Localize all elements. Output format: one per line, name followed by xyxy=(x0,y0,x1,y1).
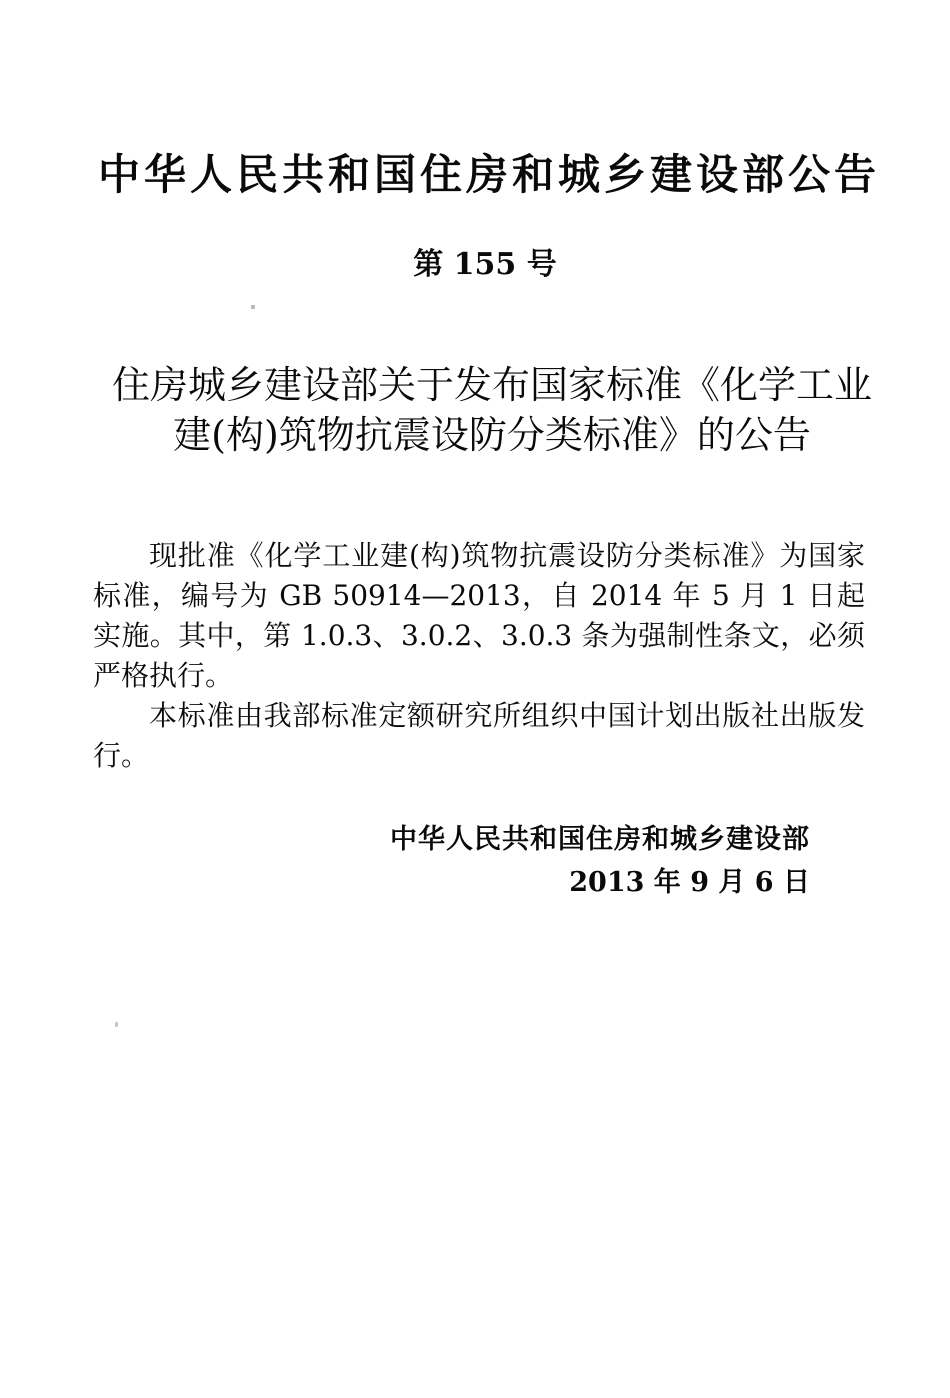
document-title: 中华人民共和国住房和城乡建设部公告 xyxy=(0,150,950,200)
document-number: 第 155 号 xyxy=(0,246,950,284)
issuing-authority: 中华人民共和国住房和城乡建设部 xyxy=(0,818,950,861)
body-paragraph-2: 本标准由我部标准定额研究所组织中国计划出版社出版发行。 xyxy=(93,696,865,776)
signature-block: 中华人民共和国住房和城乡建设部 2013 年 9 月 6 日 xyxy=(0,818,950,904)
issue-date: 2013 年 9 月 6 日 xyxy=(0,861,950,904)
scan-speck xyxy=(115,1022,118,1027)
scan-speck xyxy=(251,305,255,309)
document-subtitle: 住房城乡建设部关于发布国家标准《化学工业 建(构)筑物抗震设防分类标准》的公告 xyxy=(0,360,950,460)
subtitle-line-1: 住房城乡建设部关于发布国家标准《化学工业 xyxy=(34,360,950,410)
subtitle-line-2: 建(构)筑物抗震设防分类标准》的公告 xyxy=(34,410,950,460)
announcement-page: 中华人民共和国住房和城乡建设部公告 第 155 号 住房城乡建设部关于发布国家标… xyxy=(0,0,950,1398)
document-body: 现批准《化学工业建(构)筑物抗震设防分类标准》为国家标准，编号为 GB 5091… xyxy=(93,536,865,776)
body-paragraph-1: 现批准《化学工业建(构)筑物抗震设防分类标准》为国家标准，编号为 GB 5091… xyxy=(93,536,865,696)
